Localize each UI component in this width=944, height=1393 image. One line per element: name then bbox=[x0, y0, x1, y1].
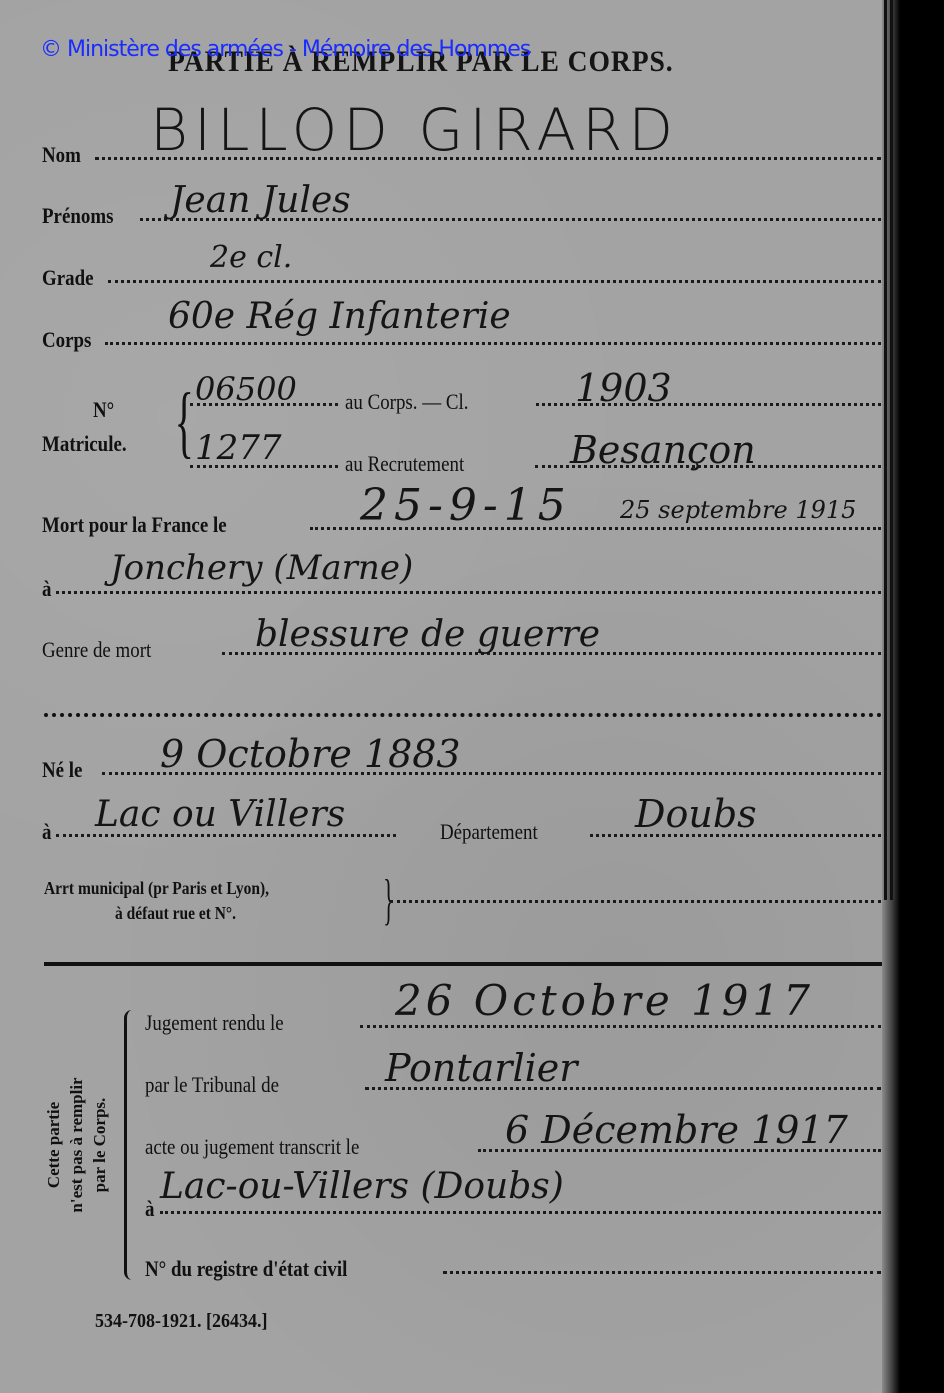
registre-label: N° du registre d'état civil bbox=[145, 1256, 347, 1282]
form-code: 534-708-1921. [26434.] bbox=[95, 1310, 267, 1333]
matricule-recrutement-value: 1277 bbox=[195, 428, 282, 468]
ne-le-value: 9 Octobre 1883 bbox=[160, 732, 461, 776]
copyright-watermark: © Ministère des armées - Mémoire des Hom… bbox=[40, 37, 530, 62]
tribunal-value: Pontarlier bbox=[385, 1046, 577, 1090]
section-divider bbox=[44, 713, 882, 717]
au-corps-label: au Corps. — Cl. bbox=[345, 389, 469, 415]
registre-line bbox=[443, 1271, 881, 1274]
matricule-brace: { bbox=[175, 382, 194, 462]
prenoms-value: Jean Jules bbox=[170, 180, 351, 221]
arrondissement-label-2: à défaut rue et N°. bbox=[115, 903, 236, 924]
au-recrutement-label: au Recrutement bbox=[345, 451, 464, 477]
margin-rule bbox=[890, 0, 893, 900]
mort-lieu-value: Jonchery (Marne) bbox=[110, 548, 413, 588]
matricule-label-bottom: Matricule. bbox=[42, 431, 127, 457]
mort-lieu-label: à bbox=[42, 576, 51, 602]
recrutement-place: Besançon bbox=[570, 428, 756, 472]
jugement-rendu-value: 26 Octobre 1917 bbox=[395, 976, 814, 1025]
jugement-rendu-line bbox=[360, 1025, 881, 1028]
matricule-corps-value: 06500 bbox=[195, 370, 297, 408]
grade-label: Grade bbox=[42, 265, 94, 291]
transcrit-value: 6 Décembre 1917 bbox=[505, 1108, 848, 1152]
mort-date-label: Mort pour la France le bbox=[42, 512, 227, 538]
grade-value: 2e cl. bbox=[210, 240, 292, 275]
ne-a-label: à bbox=[42, 819, 51, 845]
genre-mort-value: blessure de guerre bbox=[255, 614, 600, 655]
jugement-rendu-label: Jugement rendu le bbox=[145, 1010, 284, 1036]
departement-label: Département bbox=[440, 819, 538, 845]
transcrit-lieu-line bbox=[160, 1211, 881, 1214]
side-note-line: n'est pas à remplir bbox=[65, 1030, 88, 1260]
mort-date-value-alt: 25 septembre 1915 bbox=[620, 496, 856, 524]
corps-line bbox=[105, 342, 881, 345]
corps-label: Corps bbox=[42, 327, 91, 353]
grade-line bbox=[108, 280, 881, 283]
classe-value: 1903 bbox=[575, 366, 672, 410]
side-note-line: Cette partie bbox=[42, 1030, 65, 1260]
departement-value: Doubs bbox=[635, 792, 757, 836]
matricule-label-top: N° bbox=[93, 397, 114, 423]
prenoms-label: Prénoms bbox=[42, 203, 113, 229]
side-note: Cette partie n'est pas à remplir par le … bbox=[42, 1030, 111, 1260]
transcrit-lieu-label: à bbox=[145, 1196, 154, 1222]
nom-label: Nom bbox=[42, 142, 81, 168]
ne-a-value: Lac ou Villers bbox=[95, 794, 345, 835]
jugement-bracket bbox=[124, 1010, 133, 1280]
section-divider bbox=[44, 962, 882, 966]
transcrit-label: acte ou jugement transcrit le bbox=[145, 1134, 359, 1160]
margin-rule bbox=[884, 0, 887, 900]
ne-le-label: Né le bbox=[42, 757, 82, 783]
genre-mort-label: Genre de mort bbox=[42, 637, 151, 663]
transcrit-lieu-value: Lac-ou-Villers (Doubs) bbox=[160, 1166, 564, 1207]
arrondissement-label-1: Arrt municipal (pr Paris et Lyon), bbox=[44, 878, 269, 899]
arrondissement-line bbox=[390, 900, 881, 903]
corps-value: 60e Rég Infanterie bbox=[168, 296, 511, 337]
tribunal-label: par le Tribunal de bbox=[145, 1072, 279, 1098]
mort-date-value: 25-9-15 bbox=[360, 480, 572, 531]
side-note-line: par le Corps. bbox=[88, 1030, 111, 1260]
mort-lieu-line bbox=[56, 591, 881, 594]
nom-value: BILLOD GIRARD bbox=[150, 96, 679, 164]
